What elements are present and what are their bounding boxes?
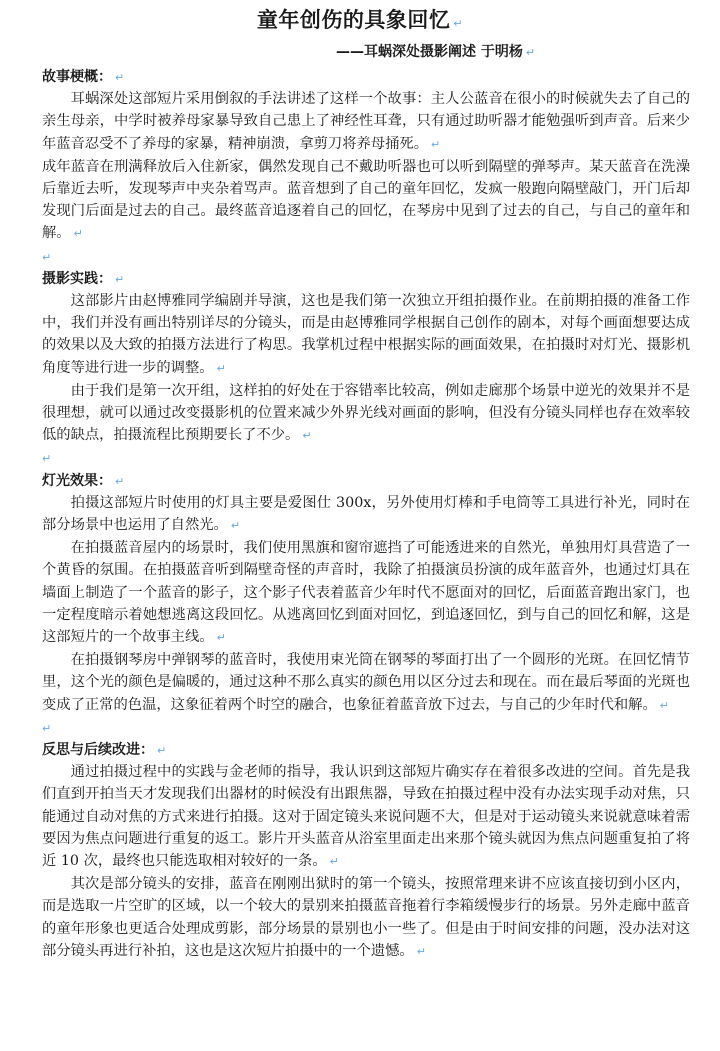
title-text: 童年创伤的具象回忆 — [257, 8, 451, 32]
paragraph-mark-icon: ↵ — [231, 519, 240, 532]
document-body: 故事梗概：↵ 耳蜗深处这部短片采用倒叙的手法讲述了这样一个故事：主人公蓝音在很小… — [42, 66, 690, 963]
paragraph: 拍摄这部短片时使用的灯具主要是爱图仕 300x，另外使用灯棒和手电筒等工具进行补… — [42, 492, 690, 537]
paragraph-mark-icon: ↵ — [217, 362, 226, 375]
paragraph-text: 通过拍摄过程中的实践与金老师的指导，我认识到这部短片确实存在着很多改进的空间。首… — [42, 764, 690, 869]
heading-text: 反思与后续改进： — [42, 742, 154, 758]
paragraph-mark-icon: ↵ — [330, 855, 339, 868]
section-heading-cinematography: 摄影实践：↵ — [42, 268, 690, 290]
paragraph: 在拍摄蓝音屋内的场景时，我们使用黑旗和窗帘遮挡了可能透进来的自然光，单独用灯具营… — [42, 537, 690, 649]
paragraph-mark-icon: ↵ — [115, 475, 124, 488]
section-heading-story: 故事梗概：↵ — [42, 66, 690, 88]
paragraph-text: 由于我们是第一次开组，这样拍的好处在于容错率比较高，例如走廊那个场景中逆光的效果… — [42, 383, 690, 443]
heading-text: 故事梗概： — [42, 69, 112, 85]
paragraph-mark-icon: ↵ — [417, 945, 426, 958]
paragraph-text: 在拍摄钢琴房中弹钢琴的蓝音时，我使用束光筒在钢琴的琴面打出了一个圆形的光斑。在回… — [42, 652, 690, 712]
paragraph: 这部影片由赵博雅同学编剧并导演，这也是我们第一次独立开组拍摄作业。在前期拍摄的准… — [42, 290, 690, 380]
paragraph-mark-icon: ↵ — [74, 227, 83, 240]
document-subtitle: ——耳蜗深处摄影阐述 于明杨↵ — [336, 42, 535, 63]
paragraph-mark-icon: ↵ — [431, 138, 440, 151]
paragraph-text: 在拍摄蓝音屋内的场景时，我们使用黑旗和窗帘遮挡了可能透进来的自然光，单独用灯具营… — [42, 540, 690, 645]
paragraph-text: 这部影片由赵博雅同学编剧并导演，这也是我们第一次独立开组拍摄作业。在前期拍摄的准… — [42, 293, 690, 376]
empty-paragraph: ↵ — [42, 447, 690, 469]
paragraph-mark-icon: ↵ — [526, 46, 535, 59]
paragraph-mark-icon: ↵ — [42, 452, 51, 465]
heading-text: 摄影实践： — [42, 271, 112, 287]
paragraph-text: 其次是部分镜头的安排，蓝音在刚刚出狱时的第一个镜头，按照常理来讲不应该直接切到小… — [42, 876, 690, 959]
paragraph: 成年蓝音在刑满释放后入住新家，偶然发现自己不戴助听器也可以听到隔壁的弹琴声。某天… — [42, 156, 690, 246]
subtitle-text: ——耳蜗深处摄影阐述 于明杨 — [336, 44, 523, 60]
paragraph-mark-icon: ↵ — [453, 17, 463, 30]
section-heading-reflection: 反思与后续改进：↵ — [42, 739, 690, 761]
heading-text: 灯光效果： — [42, 473, 112, 489]
paragraph-mark-icon: ↵ — [217, 631, 226, 644]
paragraph: 在拍摄钢琴房中弹钢琴的蓝音时，我使用束光筒在钢琴的琴面打出了一个圆形的光斑。在回… — [42, 649, 690, 717]
paragraph-mark-icon: ↵ — [302, 429, 311, 442]
paragraph-mark-icon: ↵ — [42, 251, 51, 264]
paragraph-mark-icon: ↵ — [660, 699, 669, 712]
empty-paragraph: ↵ — [42, 246, 690, 268]
section-heading-lighting: 灯光效果：↵ — [42, 470, 690, 492]
paragraph-text: 拍摄这部短片时使用的灯具主要是爱图仕 300x，另外使用灯棒和手电筒等工具进行补… — [42, 495, 690, 533]
paragraph-text: 成年蓝音在刑满释放后入住新家，偶然发现自己不戴助听器也可以听到隔壁的弹琴声。某天… — [42, 159, 690, 242]
paragraph-mark-icon: ↵ — [42, 722, 51, 735]
paragraph-mark-icon: ↵ — [115, 273, 124, 286]
paragraph-mark-icon: ↵ — [115, 71, 124, 84]
document-title: 童年创伤的具象回忆↵ — [0, 6, 720, 38]
paragraph-mark-icon: ↵ — [157, 744, 166, 757]
paragraph: 耳蜗深处这部短片采用倒叙的手法讲述了这样一个故事：主人公蓝音在很小的时候就失去了… — [42, 88, 690, 156]
paragraph: 通过拍摄过程中的实践与金老师的指导，我认识到这部短片确实存在着很多改进的空间。首… — [42, 761, 690, 873]
paragraph: 由于我们是第一次开组，这样拍的好处在于容错率比较高，例如走廊那个场景中逆光的效果… — [42, 380, 690, 448]
empty-paragraph: ↵ — [42, 717, 690, 739]
paragraph: 其次是部分镜头的安排，蓝音在刚刚出狱时的第一个镜头，按照常理来讲不应该直接切到小… — [42, 873, 690, 963]
paragraph-text: 耳蜗深处这部短片采用倒叙的手法讲述了这样一个故事：主人公蓝音在很小的时候就失去了… — [42, 91, 690, 151]
